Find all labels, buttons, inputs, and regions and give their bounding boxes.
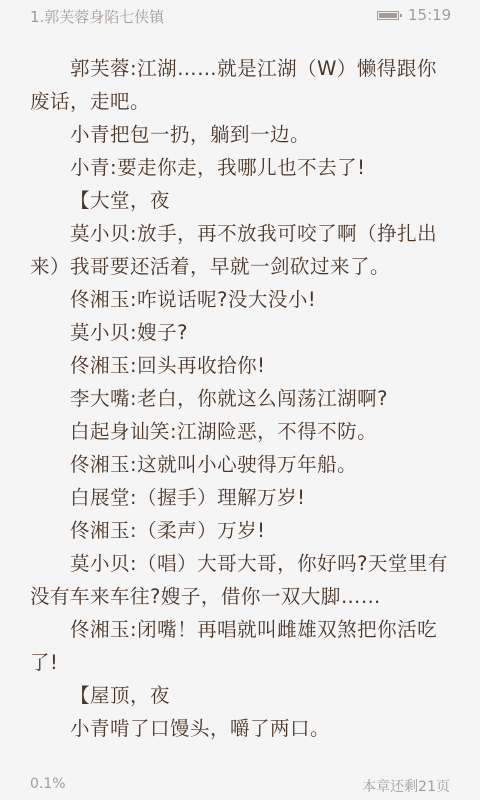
paragraph: 佟湘玉:这就叫小心驶得万年船。 bbox=[30, 448, 454, 481]
chapter-title: 1.郭芙蓉身陷七侠镇 bbox=[30, 6, 164, 27]
paragraph: 白展堂:（握手）理解万岁! bbox=[30, 481, 454, 514]
paragraph: 佟湘玉:回头再收拾你! bbox=[30, 349, 454, 382]
paragraph: 李大嘴:老白，你就这么闯荡江湖啊? bbox=[30, 382, 454, 415]
scene-heading: 【屋顶，夜 bbox=[30, 679, 454, 712]
clock: 15:19 bbox=[408, 6, 451, 24]
paragraph: 莫小贝:（唱）大哥大哥，你好吗?天堂里有没有车来车往?嫂子，借你一双大脚…… bbox=[30, 547, 454, 613]
scene-heading: 【大堂，夜 bbox=[30, 184, 454, 217]
battery-full-icon bbox=[377, 11, 399, 20]
paragraph: 小青啃了口馒头，嚼了两口。 bbox=[30, 712, 454, 745]
paragraph: 小青把包一扔，躺到一边。 bbox=[30, 118, 454, 151]
paragraph: 莫小贝:放手，再不放我可咬了啊（挣扎出来）我哥要还活着，早就一剑砍过来了。 bbox=[30, 217, 454, 283]
paragraph: 白起身讪笑:江湖险恶，不得不防。 bbox=[30, 415, 454, 448]
reading-progress: 0.1% bbox=[30, 776, 66, 792]
paragraph: 小青:要走你走，我哪儿也不去了! bbox=[30, 151, 454, 184]
paragraph: 莫小贝:嫂子? bbox=[30, 316, 454, 349]
paragraph: 佟湘玉:咋说话呢?没大没小! bbox=[30, 283, 454, 316]
reading-content[interactable]: 郭芙蓉:江湖……就是江湖（W）懒得跟你废话，走吧。 小青把包一扔，躺到一边。 小… bbox=[30, 52, 454, 745]
pages-remaining: 本章还剩21页 bbox=[362, 776, 450, 796]
paragraph: 佟湘玉:闭嘴！再唱就叫雌雄双煞把你活吃了! bbox=[30, 613, 454, 679]
status-bar: 1.郭芙蓉身陷七侠镇 15:19 bbox=[0, 0, 480, 32]
paragraph: 佟湘玉:（柔声）万岁! bbox=[30, 514, 454, 547]
paragraph: 郭芙蓉:江湖……就是江湖（W）懒得跟你废话，走吧。 bbox=[30, 52, 454, 118]
